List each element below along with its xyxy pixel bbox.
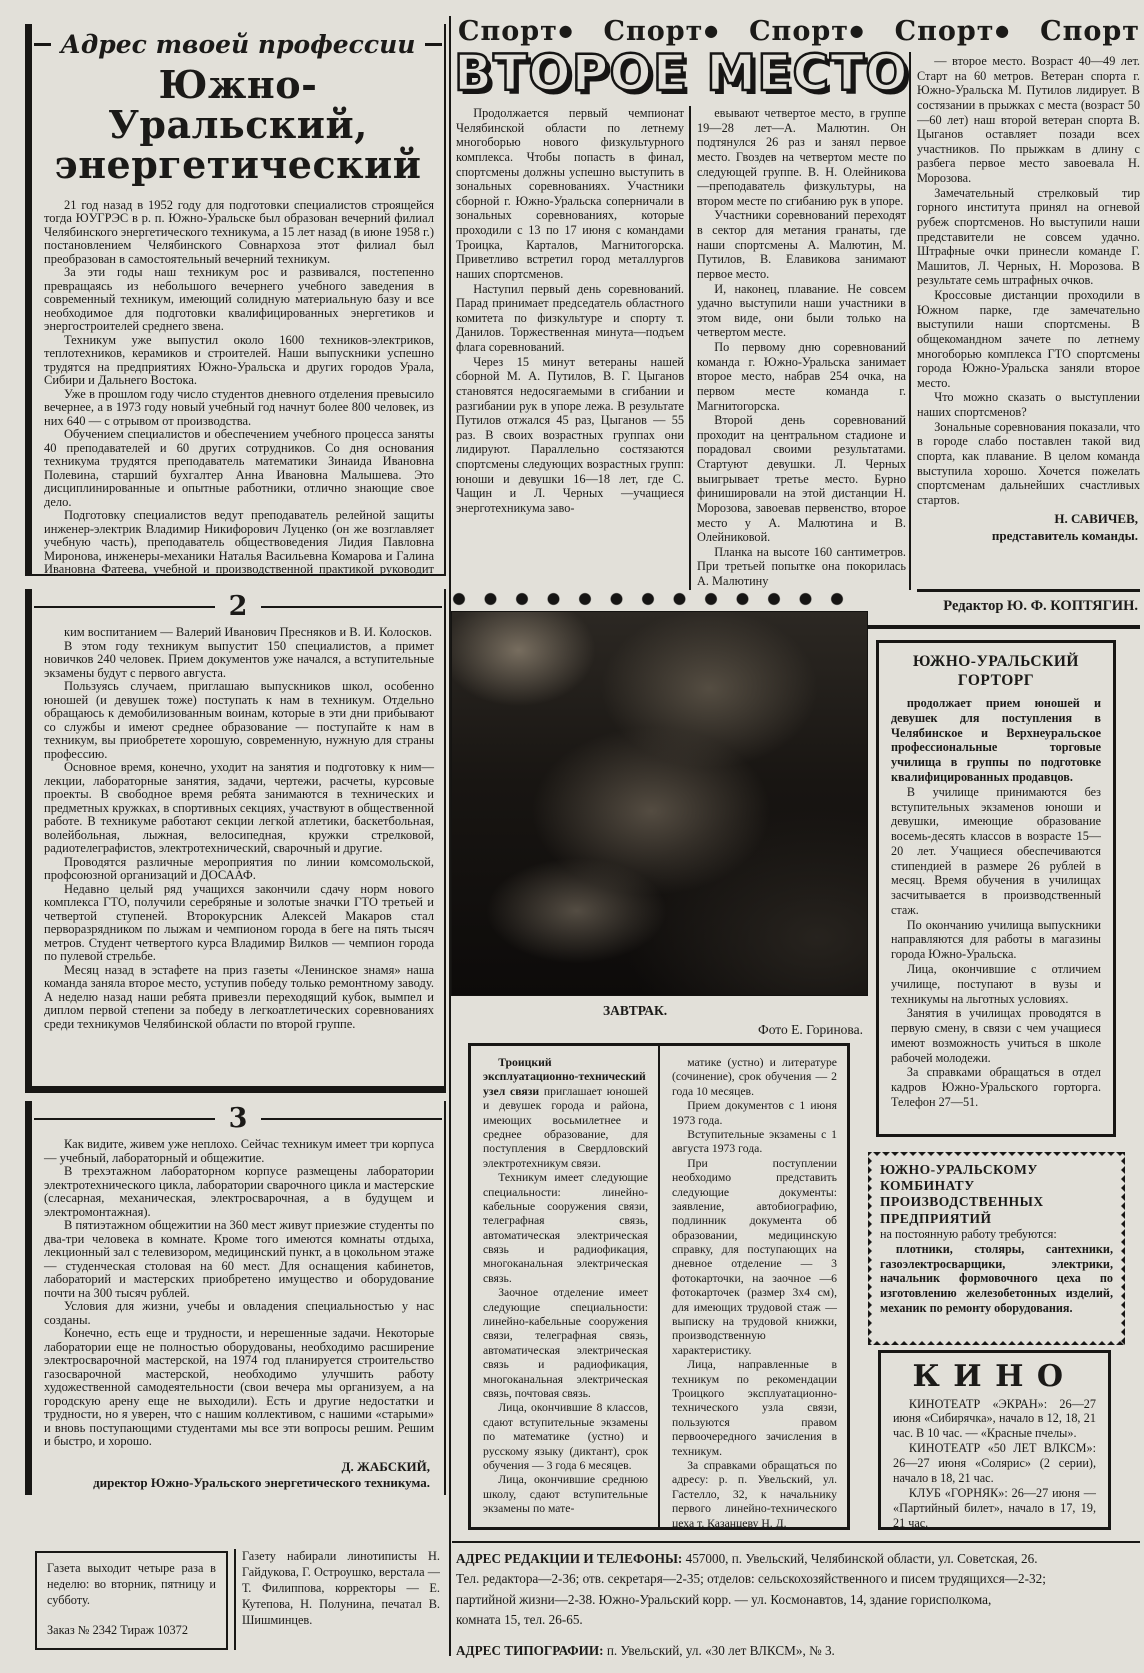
- sport-column-2: евывают четвертое место, в группе 19—28 …: [697, 106, 906, 592]
- article-section3-text: Как видите, живем уже неплохо. Сейчас те…: [32, 1134, 444, 1455]
- sport-column-divider-1: [689, 106, 691, 590]
- photo-caption: ЗАВТРАК.: [603, 1003, 667, 1019]
- article-kicker: Адрес твоей профессии: [61, 30, 416, 59]
- ad-paragraph: Заочное отделение имеет следующие специа…: [483, 1286, 648, 1401]
- gortorg-ad: ЮЖНО-УРАЛЬСКИЙГОРТОРГ продолжает прием ю…: [876, 640, 1116, 1137]
- kino-ad-items: КИНОТЕАТР «ЭКРАН»: 26—27 июня «Сибирячка…: [893, 1397, 1096, 1531]
- article-title-line: энергетический: [32, 145, 444, 185]
- footer-address-line1: АДРЕС РЕДАКЦИИ И ТЕЛЕФОНЫ: 457000, п. Ув…: [456, 1549, 1140, 1569]
- article-paragraph: Месяц назад в эстафете на приз газеты «Л…: [44, 964, 434, 1032]
- sport-paragraph: Наступил первый день соревнований. Парад…: [456, 282, 684, 355]
- kino-item: КИНОТЕАТР «50 ЛЕТ ВЛКСМ»: 26—27 июня «Со…: [893, 1441, 1096, 1486]
- sport-paragraph: Что можно сказать о выступлении наших сп…: [917, 390, 1140, 419]
- footer-address-rest: 457000, п. Увельский, Челябинской област…: [682, 1551, 1037, 1566]
- footer-address-line2: Тел. редактора—2-36; отв. секретаря—2-35…: [456, 1569, 1140, 1589]
- footer-address-block: АДРЕС РЕДАКЦИИ И ТЕЛЕФОНЫ: 457000, п. Ув…: [456, 1549, 1140, 1631]
- sport-paragraph: Замечательный стрелковый тир горного инс…: [917, 186, 1140, 288]
- ad-paragraph: Лица, направленные в техникум по рекомен…: [672, 1358, 837, 1459]
- footer-print-rest: п. Увельский, ул. «30 лет ВЛКСМ», № 3.: [604, 1643, 835, 1658]
- ad-paragraph: В училище принимаются без вступительных …: [891, 785, 1101, 918]
- sport-paragraph: Продолжается первый чемпионат Челябинско…: [456, 106, 684, 282]
- section-rule-right: [261, 606, 442, 608]
- ad-paragraph: Техникум имеет следующие специальности: …: [483, 1171, 648, 1286]
- kombinat-ad: ЮЖНО-УРАЛЬСКОМУ КОМБИНАТУ ПРОИЗВОДСТВЕНН…: [868, 1152, 1125, 1345]
- article-section2-text: ким воспитанием — Валерий Иванович Пресн…: [32, 622, 444, 1037]
- gortorg-ad-body: продолжает прием юношей и девушек для по…: [879, 690, 1113, 1115]
- article-signature: Д. ЖАБСКИЙ, директор Южно-Уральского эне…: [32, 1455, 444, 1496]
- section-rule-left: [34, 606, 215, 608]
- kombinat-ad-trades: плотники, столяры, сантехники, газоэлект…: [880, 1242, 1113, 1316]
- footer-address-label: АДРЕС РЕДАКЦИИ И ТЕЛЕФОНЫ:: [456, 1551, 682, 1566]
- footer-print-label: АДРЕС ТИПОГРАФИИ:: [456, 1643, 604, 1658]
- rule-under-editor: [868, 625, 1140, 629]
- sport-strip-word: Спорт: [850, 16, 995, 47]
- rule-under-sport: [917, 589, 1140, 592]
- sport-paragraph: Через 15 минут ветераны нашей сборной М.…: [456, 355, 684, 516]
- sport-paragraph: Кроссовые дистанции проходили в Южном па…: [917, 288, 1140, 390]
- sport-signature: Н. САВИЧЕВ, представитель команды.: [917, 507, 1140, 550]
- article-paragraph: Условия для жизни, учебы и овладения спе…: [44, 1300, 434, 1327]
- sport-column-1: Продолжается первый чемпионат Челябинско…: [456, 106, 684, 592]
- footer-rule: [452, 1541, 1140, 1543]
- footer-schedule: Газета выходит четыре раза в неделю: во …: [47, 1561, 216, 1609]
- ad-paragraph: За справками обращаться в отдел кадров Ю…: [891, 1065, 1101, 1109]
- footer-schedule-box: Газета выходит четыре раза в неделю: во …: [35, 1551, 228, 1650]
- article-paragraph: В этом году техникум выпустит 150 специа…: [44, 640, 434, 681]
- ad-paragraph: При поступлении необходимо представить с…: [672, 1157, 837, 1358]
- zigzag-border-bottom: [868, 1337, 1125, 1345]
- footer-order-circulation: Заказ № 2342 Тираж 10372: [47, 1623, 216, 1639]
- photo-credit: Фото Е. Горинова.: [455, 1022, 863, 1038]
- sport-paragraph: Участники соревнований переходят в секто…: [697, 208, 906, 281]
- sport-paragraph: — второе место. Возраст 40—49 лет. Старт…: [917, 54, 1140, 186]
- ad-paragraph: Вступительные экзамены с 1 августа 1973 …: [672, 1128, 837, 1157]
- article-paragraph: В пятиэтажном общежитии на 360 мест живу…: [44, 1219, 434, 1300]
- svyaz-ad-lead: Троицкий эксплуатационно-технический узе…: [483, 1056, 648, 1171]
- article-paragraph: ким воспитанием — Валерий Иванович Пресн…: [44, 626, 434, 640]
- gortorg-ad-lead: продолжает прием юношей и девушек для по…: [891, 696, 1101, 785]
- footer-address-line3: партийной жизни—2-38. Южно-Уральский кор…: [456, 1590, 1140, 1610]
- signature-title: представитель команды.: [917, 528, 1138, 544]
- kino-item: КИНОТЕАТР «ЭКРАН»: 26—27 июня «Сибирячка…: [893, 1397, 1096, 1442]
- svyaz-ad-column-2: матике (устно) и литературе (сочинение),…: [658, 1046, 847, 1527]
- sport-strip: СпортСпортСпортСпортСпорт: [458, 14, 1140, 48]
- ad-paragraph: Лица, окончившие с отличием училище, пос…: [891, 962, 1101, 1006]
- article-section-3: 3 Как видите, живем уже неплохо. Сейчас …: [25, 1101, 446, 1495]
- article-paragraph: Проводятся различные мероприятия по лини…: [44, 856, 434, 883]
- kicker-rule-left: [34, 43, 51, 46]
- kombinat-title-text: ЮЖНО-УРАЛЬСКОМУ КОМБИНАТУ ПРОИЗВОДСТВЕНН…: [880, 1162, 1113, 1227]
- article-kicker-row: Адрес твоей профессии: [32, 24, 444, 59]
- sport-strip-word: Спорт: [704, 16, 849, 47]
- article-paragraph: Обучением специалистов и обеспечением уч…: [44, 428, 434, 509]
- article-paragraph: Недавно целый ряд учащихся закончили сда…: [44, 883, 434, 964]
- editor-line: Редактор Ю. Ф. КОПТЯГИН.: [880, 598, 1138, 615]
- footer-typesetters: Газету набирали линотиписты Н. Гайдукова…: [242, 1549, 440, 1650]
- article-paragraph: Уже в прошлом году число студентов дневн…: [44, 388, 434, 429]
- sport-column-3: — второе место. Возраст 40—49 лет. Старт…: [917, 54, 1140, 590]
- article-section-2: 2 ким воспитанием — Валерий Иванович Пре…: [25, 589, 446, 1093]
- section-3-header: 3: [32, 1101, 444, 1134]
- section-number: 3: [229, 1105, 248, 1132]
- svyaz-ad-col1-list: Техникум имеет следующие специальности: …: [483, 1171, 648, 1516]
- signature-title: директор Южно-Уральского энергетического…: [32, 1475, 430, 1491]
- sport-paragraph: евывают четвертое место, в группе 19—28 …: [697, 106, 906, 208]
- article-section1-text: 21 год назад в 1952 году для подготовки …: [32, 195, 444, 576]
- svyaz-ad-column-1: Троицкий эксплуатационно-технический узе…: [471, 1046, 658, 1527]
- kicker-rule-right: [425, 43, 442, 46]
- sport-paragraph: По первому дню соревнований команда г. Ю…: [697, 340, 906, 413]
- article-paragraph: Основное время, конечно, уходит на занят…: [44, 761, 434, 856]
- article-paragraph: Техникум уже выпустил около 1600 технико…: [44, 334, 434, 388]
- kino-item: КЛУБ «ГОРНЯК»: 26—27 июня — «Партийный б…: [893, 1486, 1096, 1530]
- kino-ad: КИНО КИНОТЕАТР «ЭКРАН»: 26—27 июня «Сиби…: [878, 1350, 1111, 1530]
- svyaz-ad: Троицкий эксплуатационно-технический узе…: [468, 1043, 850, 1530]
- signature-name: Н. САВИЧЕВ,: [917, 511, 1138, 527]
- article-paragraph: Конечно, есть еще и трудности, и нерешен…: [44, 1327, 434, 1449]
- ad-paragraph: Лица, окончившие среднюю школу, сдают вс…: [483, 1473, 648, 1516]
- sport-strip-word: Спорт: [995, 16, 1140, 47]
- zigzag-border-right: [1117, 1152, 1125, 1345]
- article-paragraph: Как видите, живем уже неплохо. Сейчас те…: [44, 1138, 434, 1165]
- ad-paragraph: Занятия в училищах проводятся в первую с…: [891, 1006, 1101, 1065]
- sport-strip-word: Спорт: [559, 16, 704, 47]
- sport-headline: ВТОРОЕ МЕСТО: [454, 44, 912, 102]
- footer-divider: [234, 1549, 236, 1650]
- zigzag-border-top: [868, 1152, 1125, 1160]
- article-paragraph: 21 год назад в 1952 году для подготовки …: [44, 199, 434, 267]
- section-2-header: 2: [32, 589, 444, 622]
- dots-separator: [452, 592, 862, 606]
- kino-ad-title: КИНО: [893, 1361, 1096, 1393]
- section-rule-left: [34, 1118, 215, 1120]
- newspaper-page: Адрес твоей профессии Южно-Уральский,эне…: [0, 0, 1144, 1673]
- article-title: Южно-Уральский,энергетический: [32, 65, 444, 185]
- ad-paragraph: Лица, окончившие 8 классов, сдают вступи…: [483, 1401, 648, 1473]
- main-column-divider: [449, 16, 451, 1656]
- kombinat-ad-inner: ЮЖНО-УРАЛЬСКОМУ КОМБИНАТУ ПРОИЗВОДСТВЕНН…: [880, 1162, 1113, 1335]
- gortorg-ad-title: ЮЖНО-УРАЛЬСКИЙГОРТОРГ: [879, 653, 1113, 690]
- zigzag-border-left: [868, 1152, 876, 1345]
- svyaz-ad-columns: Троицкий эксплуатационно-технический узе…: [471, 1046, 847, 1527]
- gortorg-title-line: ЮЖНО-УРАЛЬСКИЙ: [879, 653, 1113, 672]
- section-number: 2: [229, 593, 248, 620]
- ad-paragraph: матике (устно) и литературе (сочинение),…: [672, 1056, 837, 1099]
- footer-address-line4: комната 15, тел. 26-65.: [456, 1610, 1140, 1630]
- article-section-1: Адрес твоей профессии Южно-Уральский,эне…: [25, 24, 446, 576]
- kombinat-ad-subtitle: на постоянную работу требуются:: [880, 1227, 1113, 1242]
- section-rule-right: [261, 1118, 442, 1120]
- sport-paragraph: И, наконец, плавание. Не совсем удачно в…: [697, 282, 906, 341]
- ad-paragraph: Прием документов с 1 июня 1973 года.: [672, 1099, 837, 1128]
- ad-paragraph: По окончанию училища выпускники направля…: [891, 918, 1101, 962]
- sport-paragraph: Планка на высоте 160 сантиметров. При тр…: [697, 545, 906, 589]
- article-paragraph: В трехэтажном лабораторном корпусе разме…: [44, 1165, 434, 1219]
- article-paragraph: За эти годы наш техникум рос и развивалс…: [44, 266, 434, 334]
- article-paragraph: Пользуясь случаем, приглашаю выпускников…: [44, 680, 434, 761]
- sport-strip-word: Спорт: [458, 16, 558, 47]
- ad-paragraph: За справками обращаться по адресу: р. п.…: [672, 1459, 837, 1527]
- sport-column-divider-2: [909, 52, 911, 590]
- sport-column-3-text: — второе место. Возраст 40—49 лет. Старт…: [917, 54, 1140, 507]
- gortorg-paragraphs: В училище принимаются без вступительных …: [891, 785, 1101, 1110]
- kombinat-ad-title: ЮЖНО-УРАЛЬСКОМУ КОМБИНАТУ ПРОИЗВОДСТВЕНН…: [880, 1162, 1113, 1227]
- sport-paragraph: Зональные соревнования показали, что в г…: [917, 420, 1140, 508]
- gortorg-title-line: ГОРТОРГ: [879, 672, 1113, 691]
- sport-paragraph: Второй день соревнований проходит на цен…: [697, 413, 906, 545]
- article-paragraph: Подготовку специалистов ведут преподават…: [44, 509, 434, 576]
- photo-breakfast: [452, 612, 867, 995]
- article-title-line: Южно-Уральский,: [32, 65, 444, 145]
- footer-print-address: АДРЕС ТИПОГРАФИИ: п. Увельский, ул. «30 …: [456, 1643, 1140, 1659]
- signature-name: Д. ЖАБСКИЙ,: [32, 1459, 430, 1475]
